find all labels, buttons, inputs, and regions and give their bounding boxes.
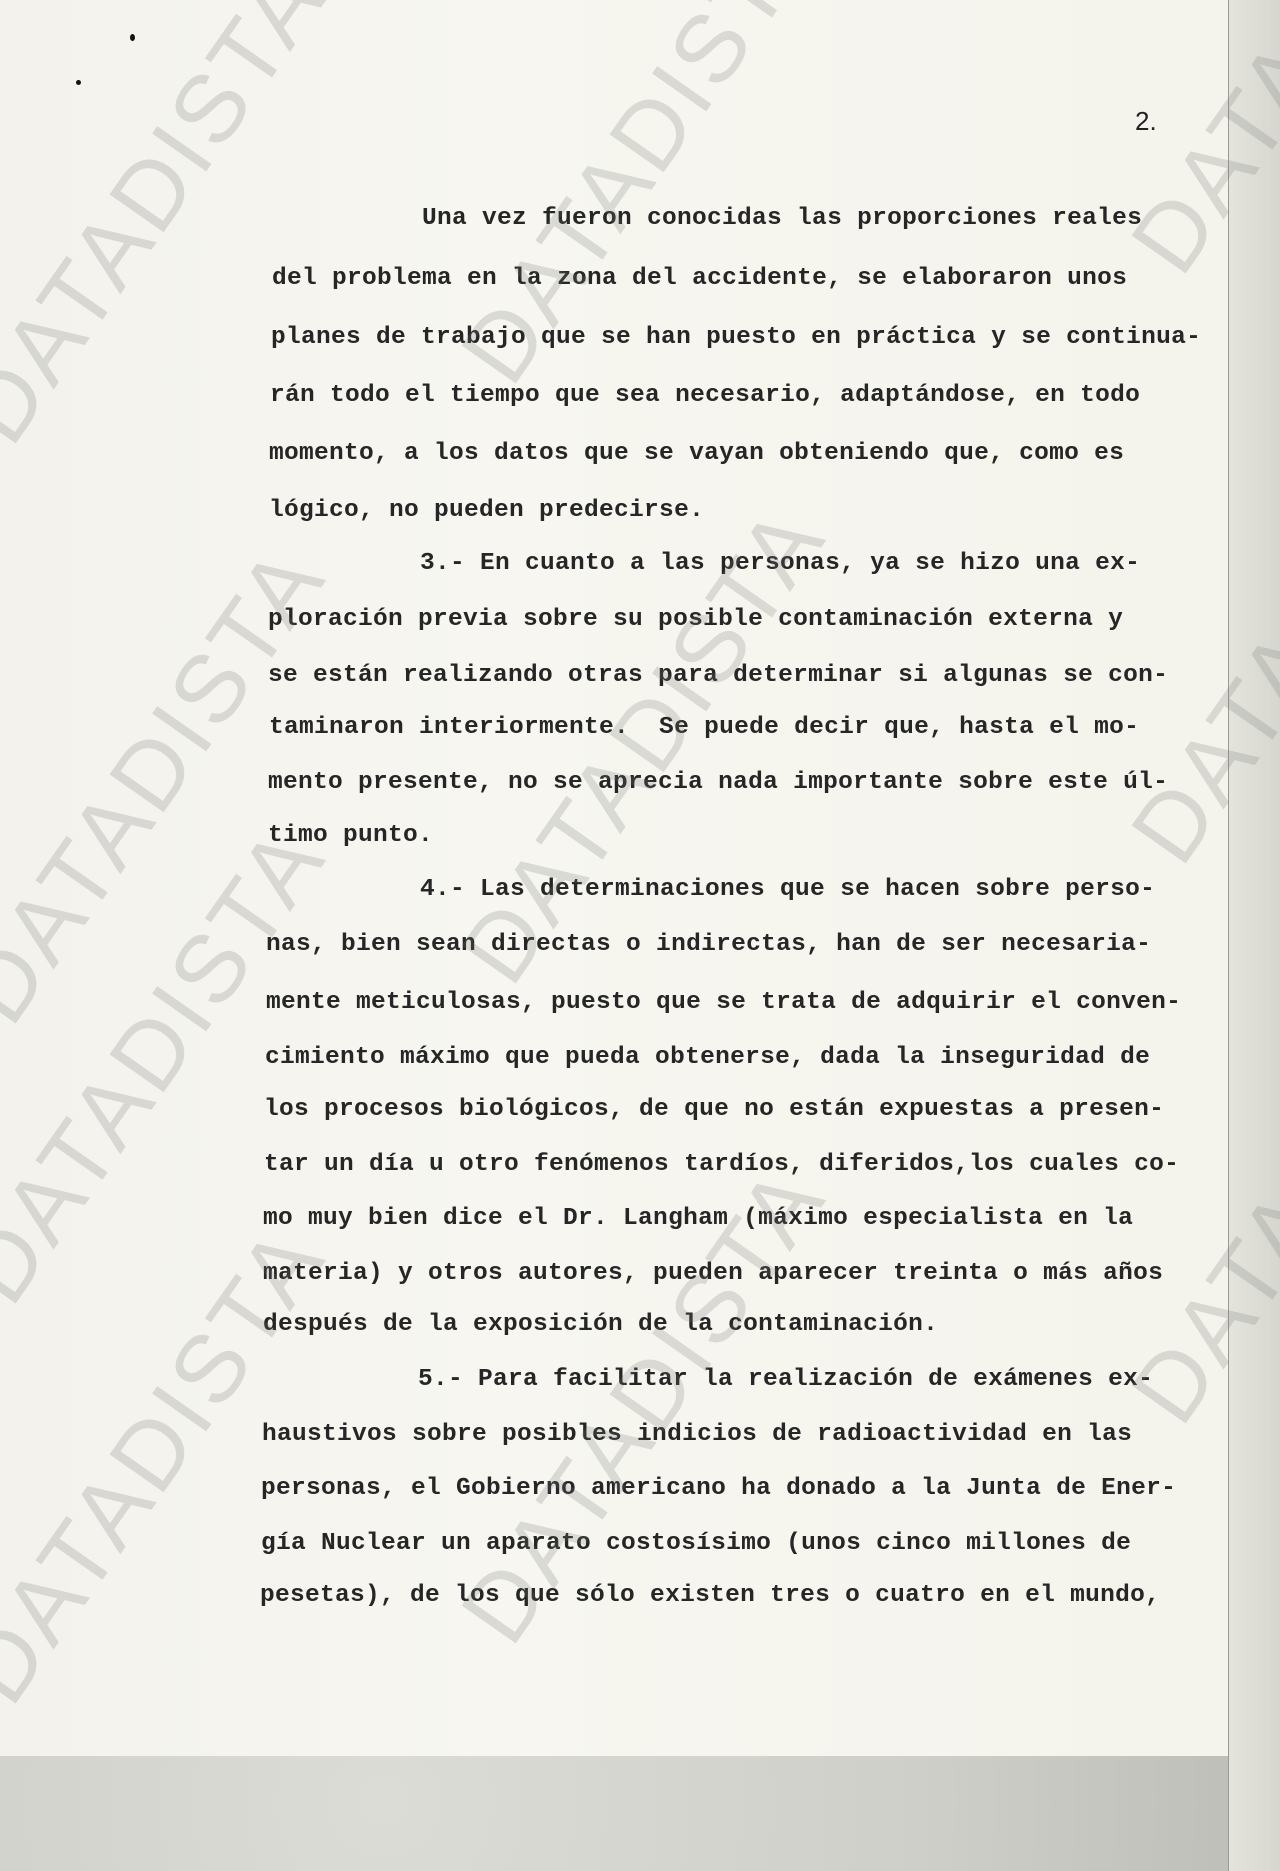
text-line: momento, a los datos que se vayan obteni…: [269, 440, 1124, 467]
text-line: se están realizando otras para determina…: [268, 662, 1168, 689]
page-number: 2.: [1135, 106, 1157, 137]
text-line: mento presente, no se aprecia nada impor…: [268, 769, 1168, 796]
text-line: timo punto.: [268, 822, 433, 849]
text-line: gía Nuclear un aparato costosísimo (unos…: [261, 1530, 1131, 1557]
text-line: los procesos biológicos, de que no están…: [264, 1096, 1164, 1123]
text-line: mente meticulosas, puesto que se trata d…: [266, 989, 1181, 1016]
ink-speck: [130, 34, 135, 41]
text-line: después de la exposición de la contamina…: [263, 1311, 938, 1338]
text-line: personas, el Gobierno americano ha donad…: [261, 1475, 1176, 1502]
text-line: pesetas), de los que sólo existen tres o…: [260, 1582, 1160, 1609]
text-line: Una vez fueron conocidas las proporcione…: [422, 205, 1142, 232]
text-line: haustivos sobre posibles indicios de rad…: [262, 1421, 1132, 1448]
text-line: ploración previa sobre su posible contam…: [268, 606, 1123, 633]
text-line: 4.- Las determinaciones que se hacen sob…: [420, 876, 1155, 903]
text-line: cimiento máximo que pueda obtenerse, dad…: [265, 1044, 1150, 1071]
text-line: taminaron interiormente. Se puede decir …: [269, 714, 1139, 741]
text-line: planes de trabajo que se han puesto en p…: [271, 324, 1201, 351]
text-line: 3.- En cuanto a las personas, ya se hizo…: [420, 550, 1140, 577]
text-line: del problema en la zona del accidente, s…: [272, 265, 1127, 292]
text-line: mo muy bien dice el Dr. Langham (máximo …: [263, 1205, 1133, 1232]
page-edge: [1228, 0, 1280, 1871]
text-line: materia) y otros autores, pueden aparece…: [263, 1260, 1163, 1287]
text-line: rán todo el tiempo que sea necesario, ad…: [270, 382, 1140, 409]
text-line: tar un día u otro fenómenos tardíos, dif…: [264, 1151, 1179, 1178]
text-line: 5.- Para facilitar la realización de exá…: [418, 1366, 1153, 1393]
background-surface: [0, 1756, 1280, 1871]
text-line: lógico, no pueden predecirse.: [269, 497, 704, 524]
ink-speck: [76, 80, 81, 85]
text-line: nas, bien sean directas o indirectas, ha…: [266, 931, 1151, 958]
